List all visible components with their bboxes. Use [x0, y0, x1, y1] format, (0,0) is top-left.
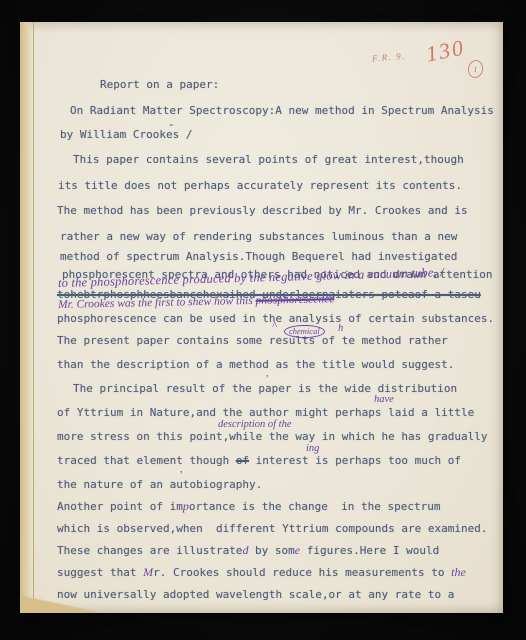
typed-line: more stress on this point,while the way …	[57, 430, 487, 443]
typed-segment: These changes are illustrate	[57, 544, 242, 557]
pencil-circled-value: 1	[473, 64, 478, 74]
typed-segment: interest is perhaps too much of	[249, 454, 461, 467]
handwritten-insert-description: description of the	[218, 419, 292, 430]
typed-line-title: On Radiant Matter Spectroscopy:A new met…	[70, 104, 494, 117]
typed-segment: suggest that	[57, 566, 143, 579]
pencil-circled-mark: 1	[467, 59, 485, 79]
typed-line-with-hand-letters: These changes are illustrated by some fi…	[57, 544, 439, 557]
handwritten-insert-ing: ing	[306, 443, 319, 454]
handwritten-caret: ^	[272, 321, 276, 332]
handwritten-slash: /	[440, 265, 444, 279]
typed-line: its title does not perhaps accurately re…	[58, 179, 462, 192]
typed-line: method of spectrum Analysis.Though Beque…	[60, 250, 457, 263]
handwritten-letter: M	[143, 565, 153, 579]
typed-segment: traced that element though	[57, 454, 236, 467]
typed-line: The principal result of the paper is the…	[73, 382, 457, 395]
typed-line-with-hand-letter: Another point of importance is the chang…	[57, 500, 441, 513]
typed-line: now universally adopted wavelength scale…	[57, 588, 454, 601]
handwritten-word: the	[451, 565, 466, 579]
typed-segment: r. Crookes should reduce his measurement…	[153, 566, 451, 579]
typed-segment: by som	[248, 544, 294, 557]
typed-struck-word: of	[236, 454, 249, 467]
typed-line: of Yttrium in Nature,and the author migh…	[57, 406, 474, 419]
handwritten-comma: ,	[266, 368, 269, 379]
handwritten-insert-h: h	[338, 323, 343, 334]
document-page: F.R. 9. 130 1 Report on a paper: On Radi…	[20, 22, 503, 613]
typed-segment: Another point of im	[57, 500, 183, 513]
typed-line: the nature of an autobiography.	[57, 478, 262, 491]
typed-line-with-strike: traced that element though of interest i…	[57, 454, 461, 467]
page-left-fold-edge	[20, 22, 34, 613]
typed-line: The method has been previously described…	[57, 204, 468, 217]
photo-background: F.R. 9. 130 1 Report on a paper: On Radi…	[0, 0, 526, 640]
typed-segment: figures.Here I would	[300, 544, 439, 557]
typed-line: rather a new way of rendering substances…	[60, 230, 457, 243]
pencil-page-number: 130	[424, 35, 467, 68]
typed-line-with-hand-words: suggest that Mr. Crookes should reduce h…	[57, 566, 466, 579]
typed-line: which is observed,when different Yttrium…	[57, 522, 487, 535]
typed-segment: ortance is the change in the spectrum	[189, 500, 441, 513]
typed-byline-dash: -	[168, 118, 175, 131]
handwritten-comma: ,	[180, 464, 183, 475]
handwritten-struck-word: phosphorescence	[255, 293, 334, 307]
typed-line-heading: Report on a paper:	[100, 78, 219, 91]
pencil-ref-code: F.R. 9.	[372, 51, 407, 64]
typed-line: This paper contains several points of gr…	[73, 153, 464, 166]
typed-line: The present paper contains some results …	[57, 334, 448, 347]
handwritten-insert-have: have	[374, 394, 394, 405]
typed-line: than the description of a method as the …	[57, 358, 454, 371]
